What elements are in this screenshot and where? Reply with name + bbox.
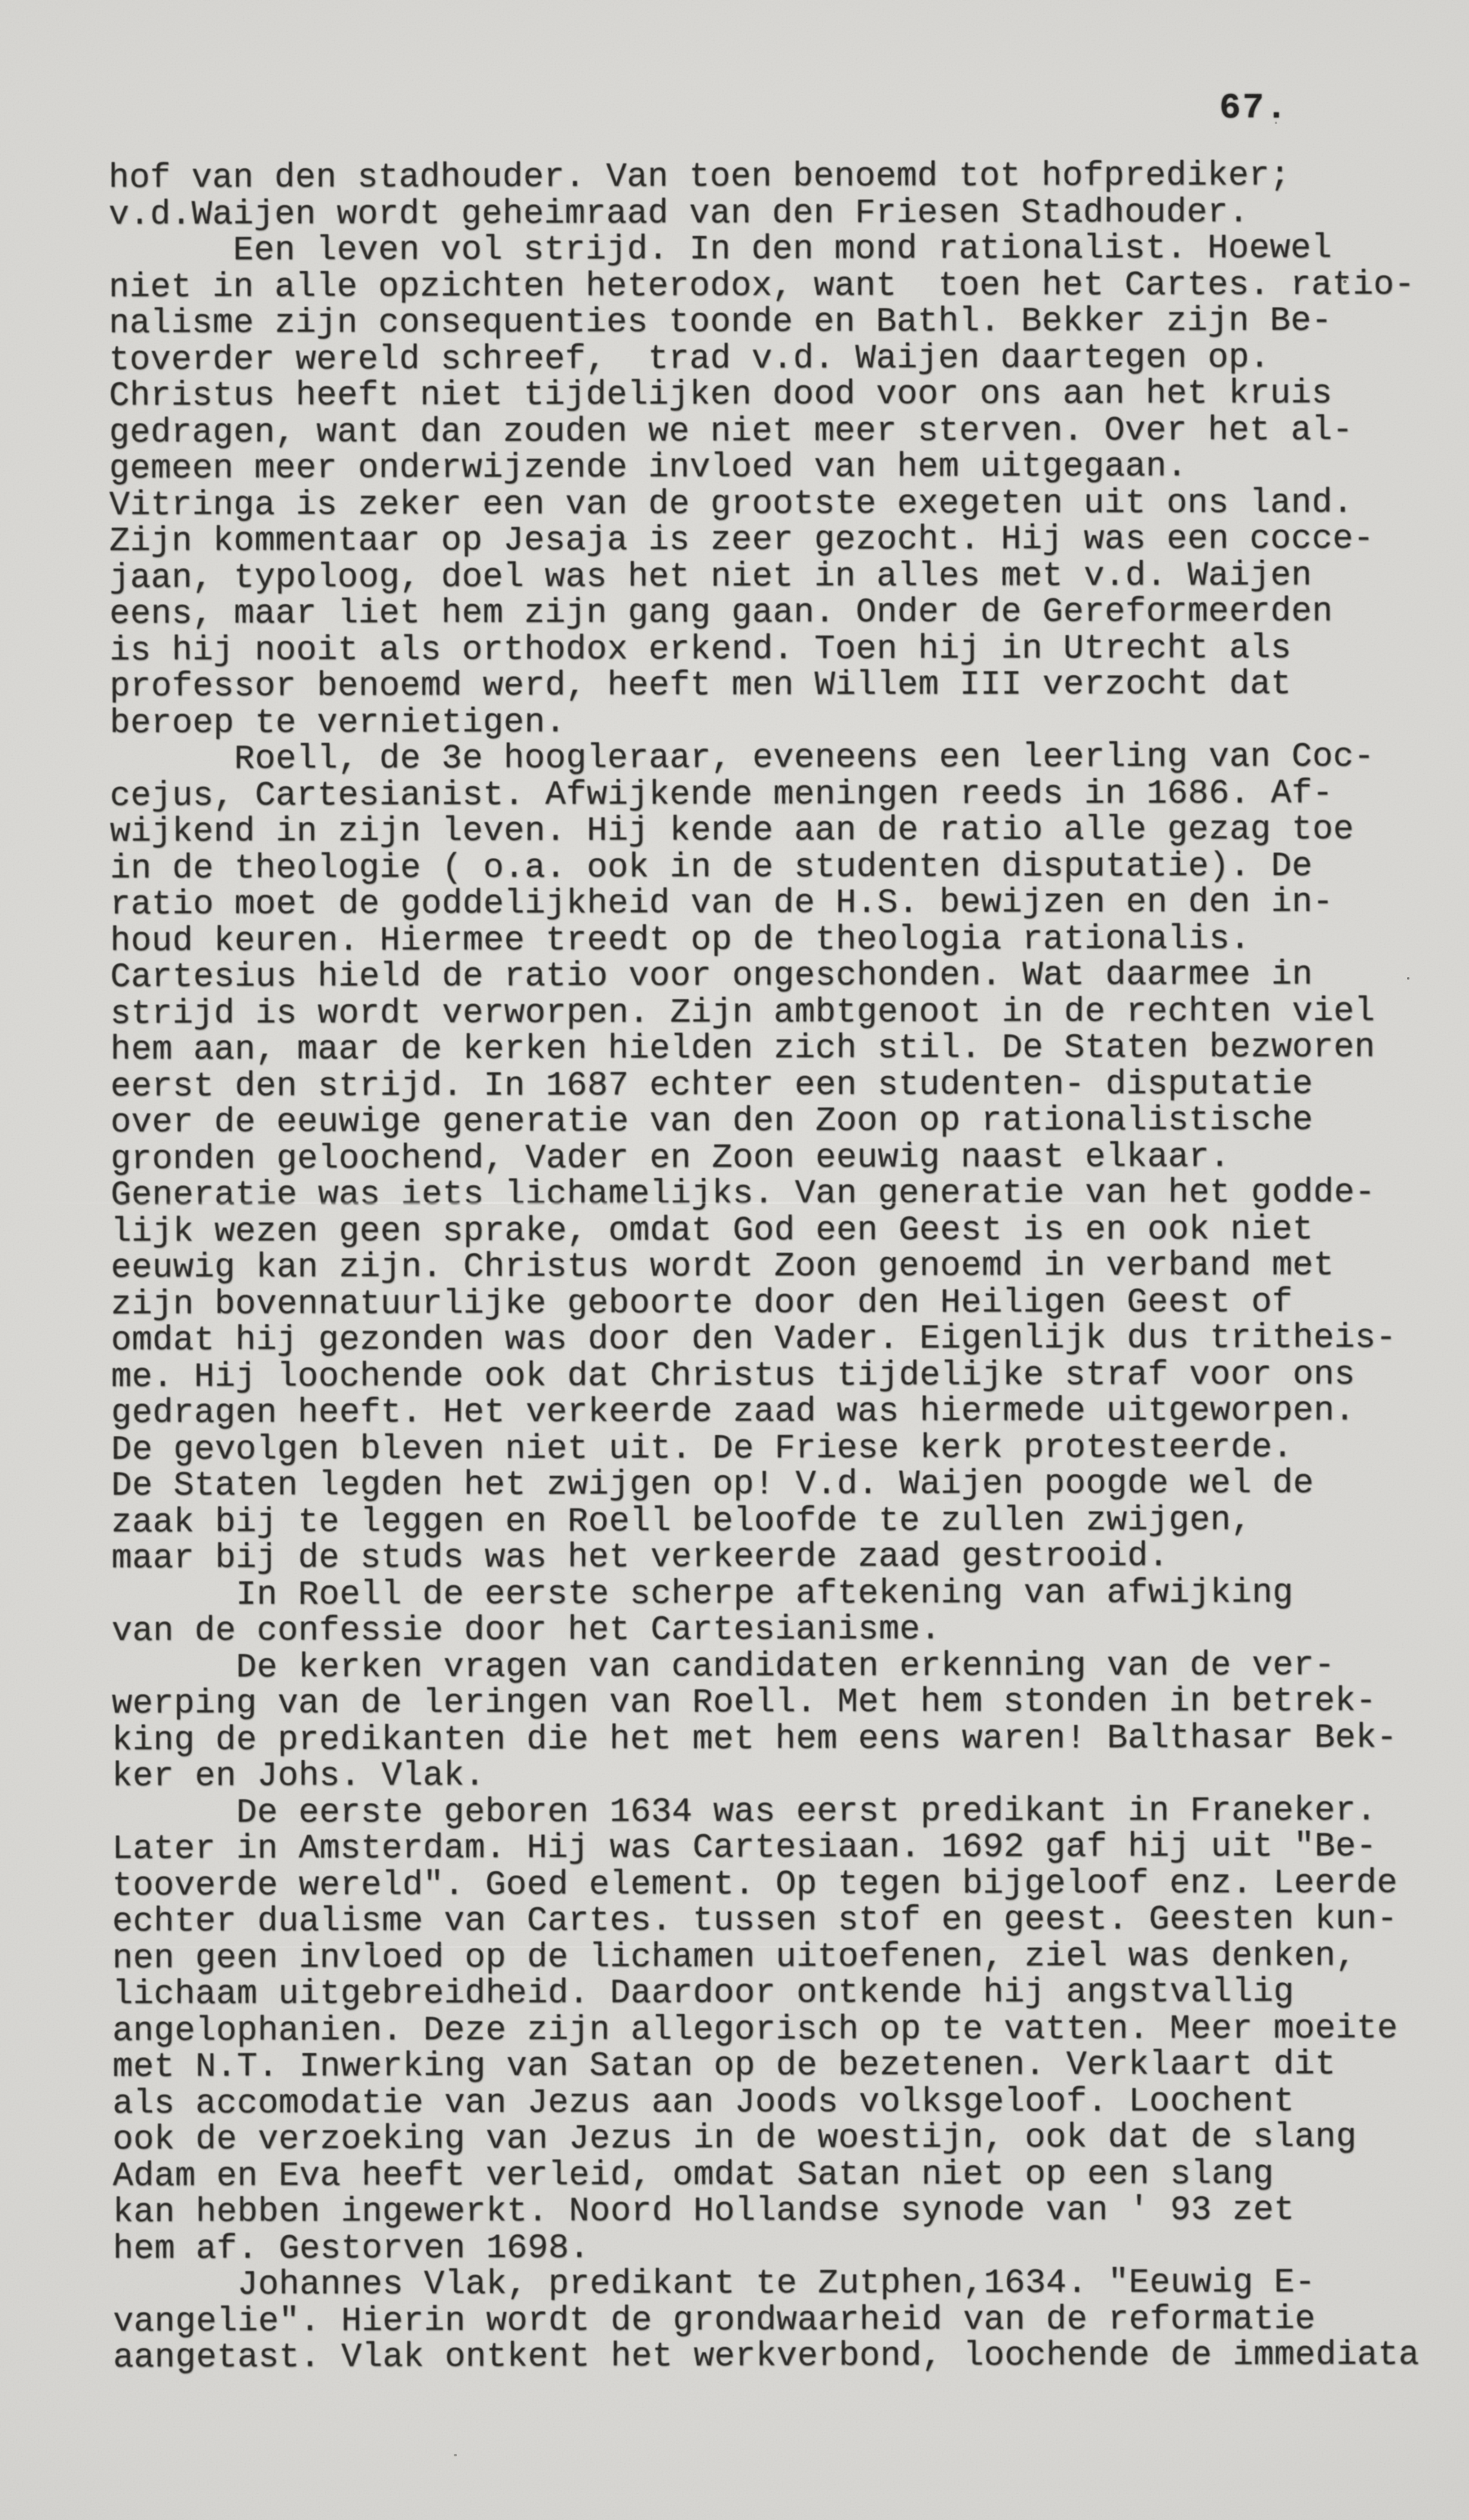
paragraph-johannes-vlak: Johannes Vlak, predikant te Zutphen,1634… xyxy=(113,2264,1427,2376)
document-text: hof van den stadhouder. Van toen benoemd… xyxy=(109,158,1427,2376)
paragraph-de-kerken: De kerken vragen van candidaten erkennin… xyxy=(112,1647,1426,1794)
paragraph-bekker: De eerste geboren 1634 was eerst predika… xyxy=(112,1792,1427,2267)
scan-speck xyxy=(454,2454,457,2456)
paragraph-continuation: hof van den stadhouder. Van toen benoemd… xyxy=(109,158,1422,233)
paragraph-in-roell: In Roell de eerste scherpe aftekening va… xyxy=(112,1574,1426,1649)
paragraph-een-leven: Een leven vol strijd. In den mond ration… xyxy=(109,230,1423,741)
scanned-document-page: 67. hof van den stadhouder. Van toen ben… xyxy=(0,0,1469,2520)
page-number: 67. xyxy=(1219,88,1289,129)
paragraph-roell: Roell, de 3e hoogleraar, eveneens een le… xyxy=(109,739,1425,1577)
